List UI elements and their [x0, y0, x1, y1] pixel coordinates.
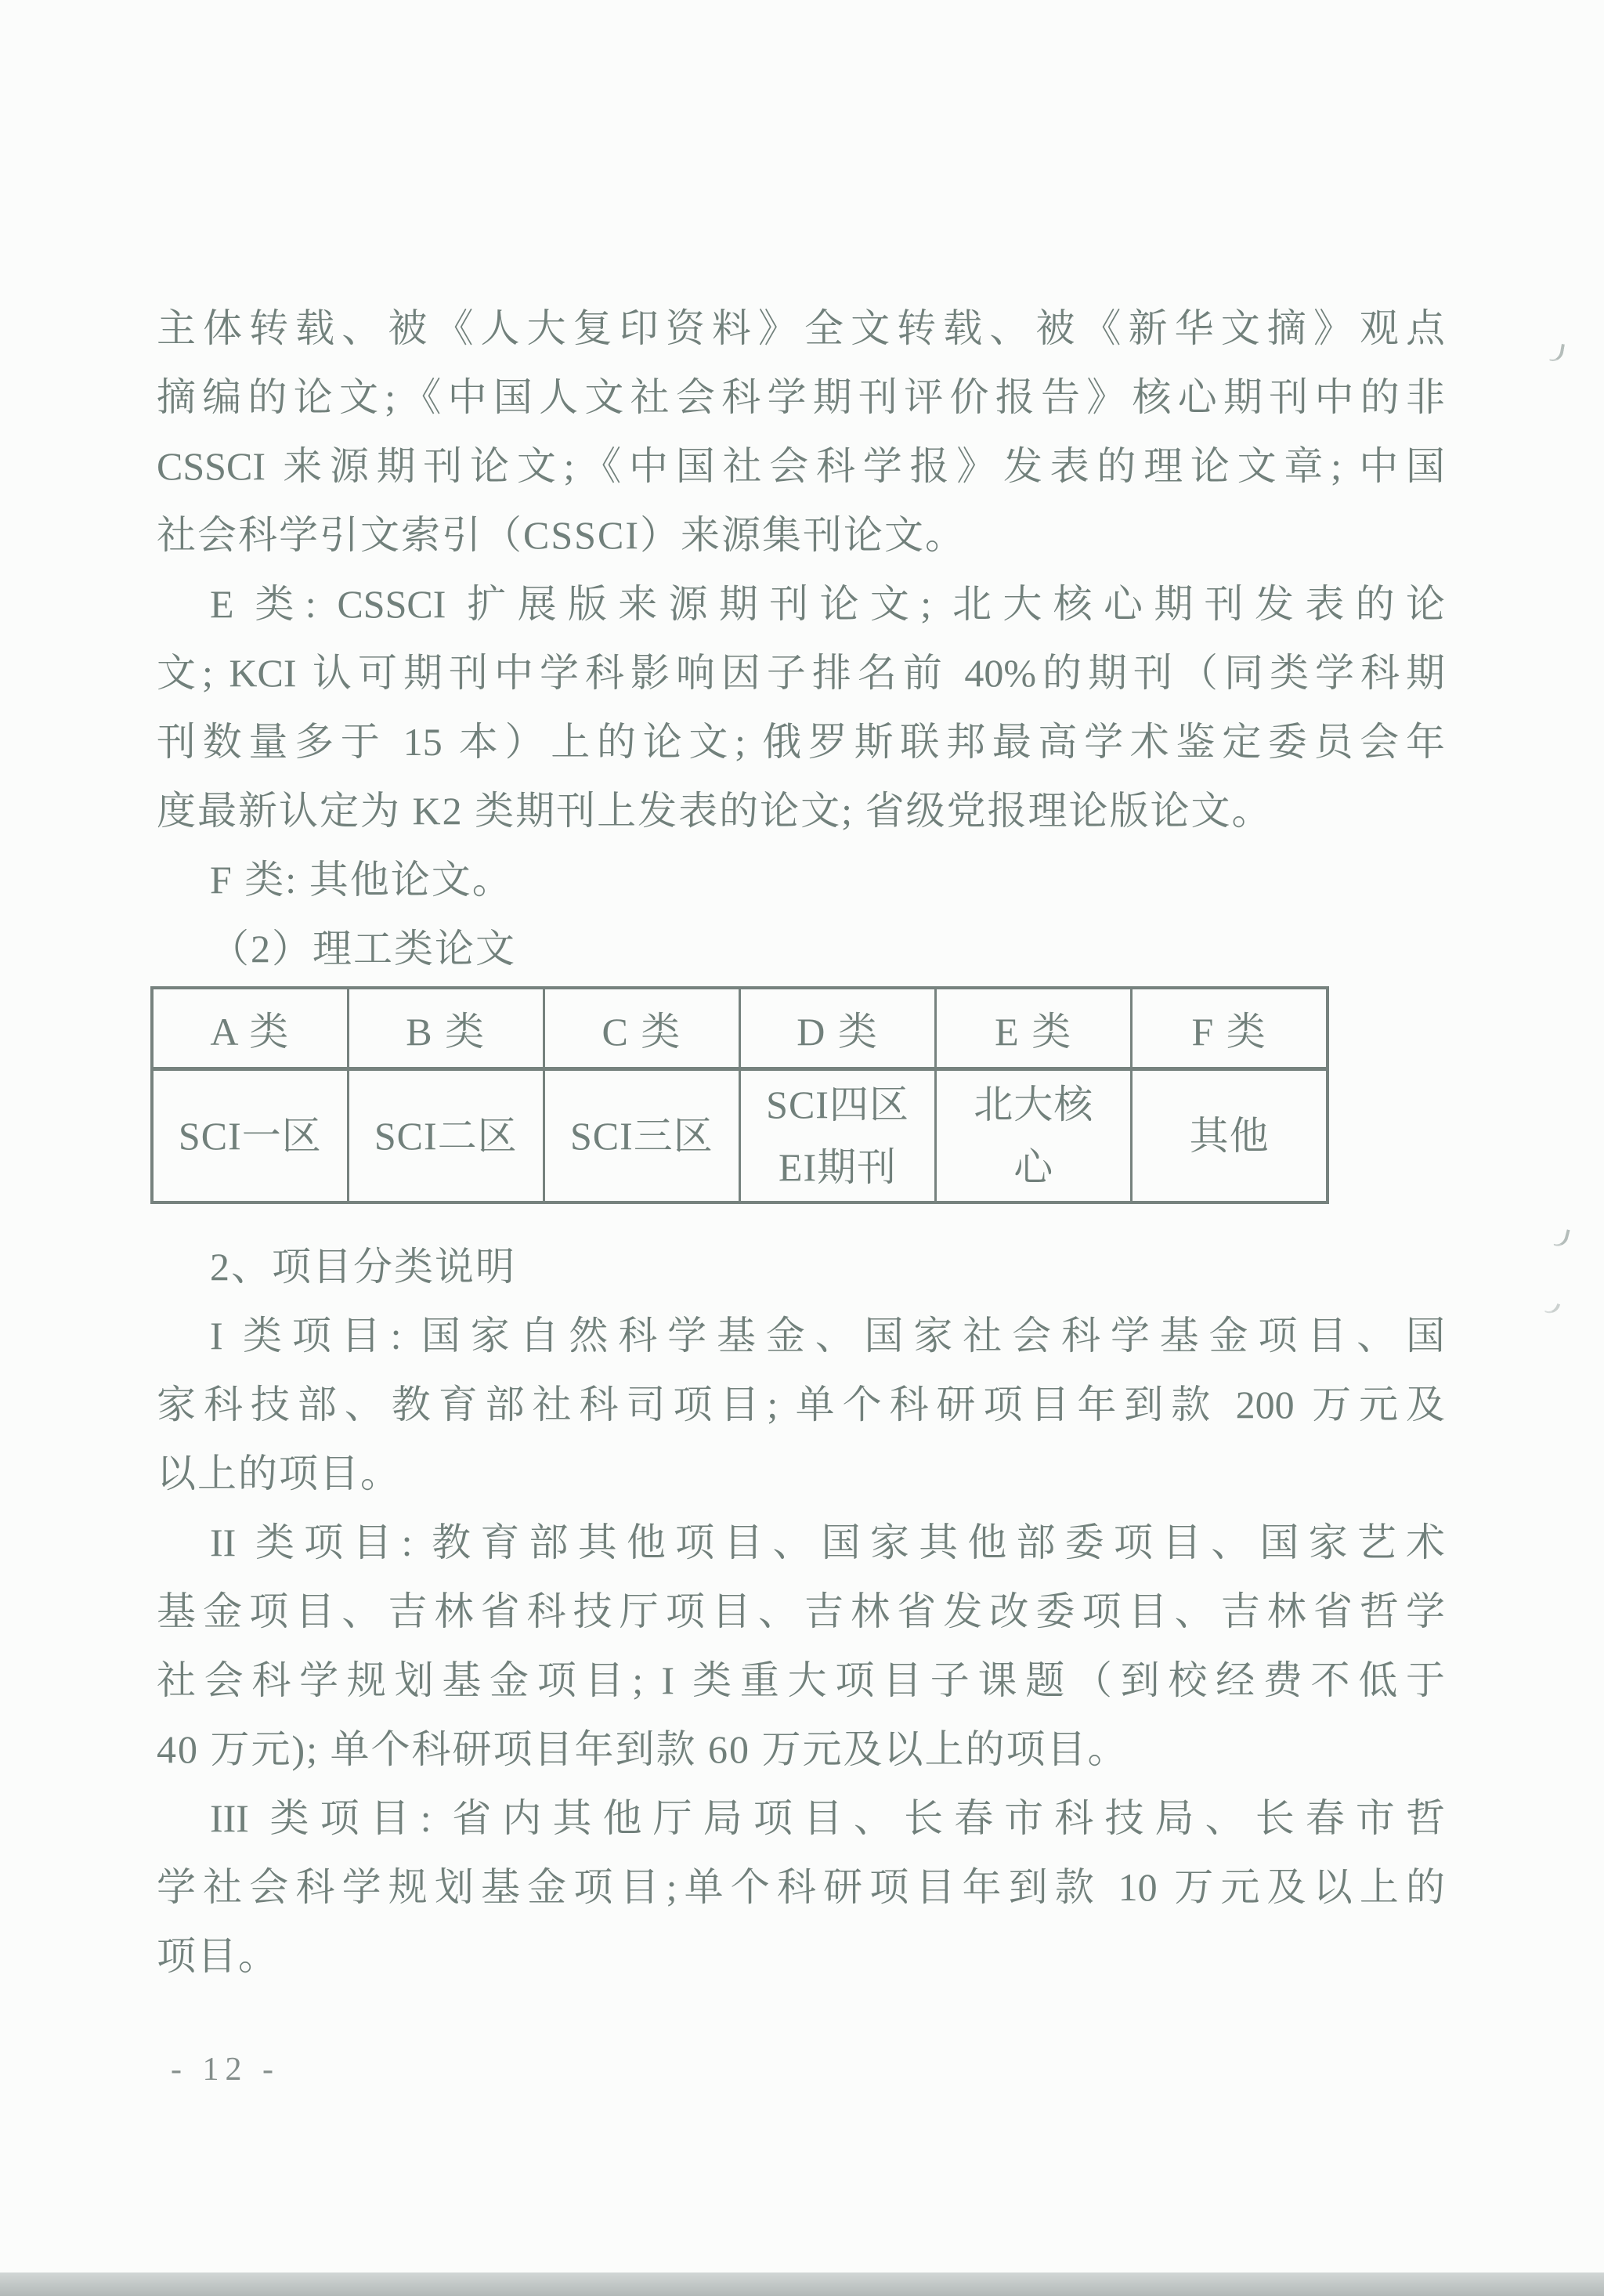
table-header-cell: A 类: [152, 988, 348, 1069]
section-heading: 2、项目分类说明: [157, 1232, 1445, 1301]
table-data-cell: 北大核 心: [936, 1069, 1132, 1203]
section-heading: （2）理工类论文: [157, 914, 1445, 983]
scan-speck: [1549, 342, 1565, 363]
table-header-cell: F 类: [1132, 988, 1328, 1069]
table-data-cell: SCI一区: [152, 1069, 348, 1203]
cell-line: SCI一区: [154, 1105, 347, 1167]
text-line: 家科技部、教育部社科司项目; 单个科研项目年到款 200 万元及: [157, 1370, 1445, 1439]
cell-line: SCI二区: [349, 1105, 543, 1167]
table-data-cell: SCI四区 EI期刊: [739, 1069, 935, 1203]
text-line: II 类项目: 教育部其他项目、国家其他部委项目、国家艺术: [157, 1508, 1445, 1577]
text-line: E 类: CSSCI 扩展版来源期刊论文; 北大核心期刊发表的论: [157, 569, 1445, 638]
text-line: III 类项目: 省内其他厅局项目、长春市科技局、长春市哲: [157, 1784, 1445, 1853]
table-data-cell: 其他: [1132, 1069, 1328, 1203]
science-paper-category-table: A 类 B 类 C 类 D 类 E 类 F 类 SCI一区 SCI二区 SCI三…: [150, 986, 1329, 1204]
text-line: 摘编的论文;《中国人文社会科学期刊评价报告》核心期刊中的非: [157, 363, 1445, 432]
table-header-cell: C 类: [544, 988, 739, 1069]
cell-line: SCI四区: [741, 1073, 934, 1136]
content-column: 主体转载、被《人大复印资料》全文转载、被《新华文摘》观点 摘编的论文;《中国人文…: [157, 294, 1445, 1990]
cell-line: EI期刊: [741, 1136, 934, 1199]
table-header-cell: D 类: [739, 988, 935, 1069]
text-line: CSSCI 来源期刊论文;《中国社会科学报》发表的理论文章; 中国: [157, 432, 1445, 501]
text-line: 项目。: [157, 1922, 1445, 1990]
table-header-cell: B 类: [348, 988, 544, 1069]
text-line: I 类项目: 国家自然科学基金、国家社会科学基金项目、国: [157, 1301, 1445, 1370]
table-data-cell: SCI三区: [544, 1069, 739, 1203]
scanned-document-page: 主体转载、被《人大复印资料》全文转载、被《新华文摘》观点 摘编的论文;《中国人文…: [0, 0, 1604, 2296]
table-header-row: A 类 B 类 C 类 D 类 E 类 F 类: [152, 988, 1328, 1069]
cell-line: 其他: [1133, 1105, 1326, 1167]
table-data-row: SCI一区 SCI二区 SCI三区 SCI四区 EI期刊 北大核 心: [152, 1069, 1328, 1203]
table-header-cell: E 类: [936, 988, 1132, 1069]
text-line: 主体转载、被《人大复印资料》全文转载、被《新华文摘》观点: [157, 294, 1445, 363]
text-line: 40 万元); 单个科研项目年到款 60 万元及以上的项目。: [157, 1715, 1445, 1784]
text-line: F 类: 其他论文。: [157, 845, 1445, 914]
scan-speck: [1544, 1300, 1561, 1317]
text-line: 以上的项目。: [157, 1439, 1445, 1508]
cell-line: 心: [937, 1136, 1130, 1199]
text-line: 社会科学引文索引（CSSCI）来源集刊论文。: [157, 501, 1445, 569]
text-line: 学社会科学规划基金项目;单个科研项目年到款 10 万元及以上的: [157, 1853, 1445, 1922]
scan-speck: [1553, 1227, 1570, 1248]
cell-line: 北大核: [937, 1073, 1130, 1136]
text-line: 社会科学规划基金项目; I 类重大项目子课题（到校经费不低于: [157, 1646, 1445, 1715]
scan-bottom-edge: [0, 2272, 1604, 2296]
cell-line: SCI三区: [545, 1105, 739, 1167]
text-line: 度最新认定为 K2 类期刊上发表的论文; 省级党报理论版论文。: [157, 776, 1445, 845]
text-line: 刊数量多于 15 本）上的论文; 俄罗斯联邦最高学术鉴定委员会年: [157, 707, 1445, 776]
text-line: 文; KCI 认可期刊中学科影响因子排名前 40%的期刊（同类学科期: [157, 638, 1445, 707]
table-data-cell: SCI二区: [348, 1069, 544, 1203]
page-number: - 12 -: [171, 2046, 280, 2093]
text-line: 基金项目、吉林省科技厅项目、吉林省发改委项目、吉林省哲学: [157, 1577, 1445, 1646]
